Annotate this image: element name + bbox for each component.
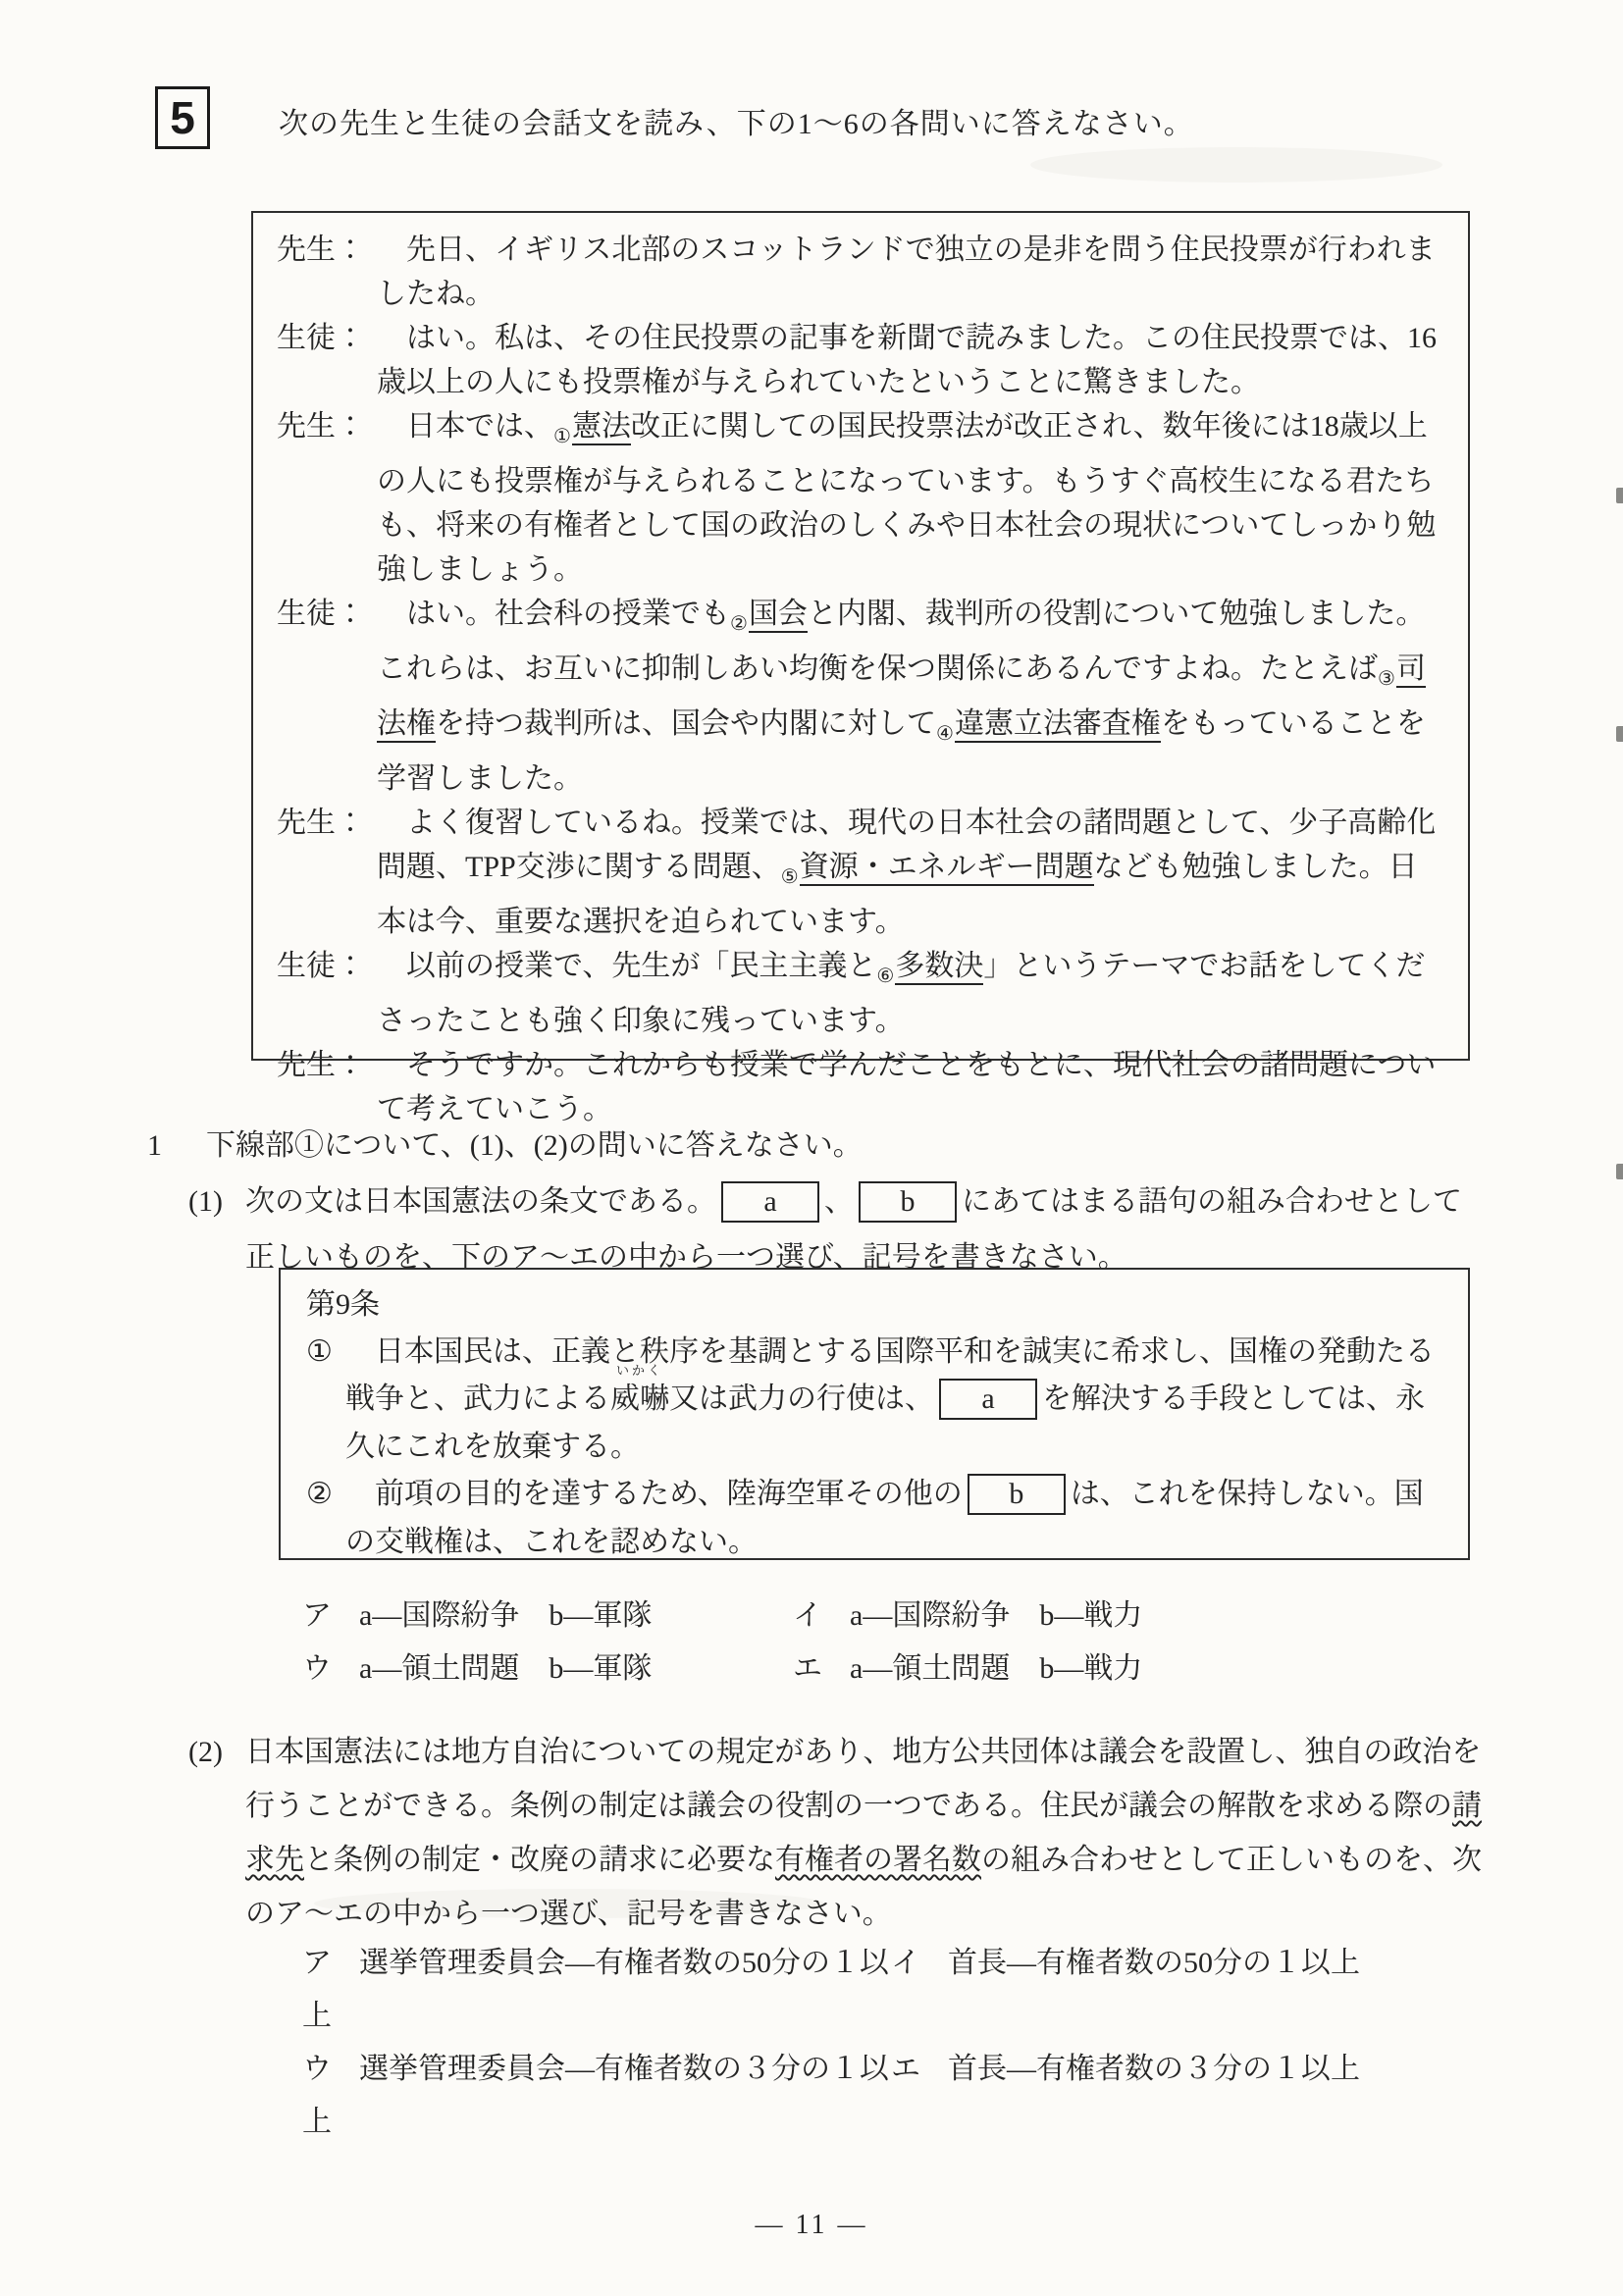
clause-text: 日本国民は、正義と秩序を基調とする国際平和を誠実に希求し、国権の発動たる戦争と、…: [345, 1329, 1442, 1471]
article-clause: ② 前項の目的を達するため、陸海空軍その他のbは、これを保持しない。国の交戦権は…: [306, 1471, 1442, 1566]
article9-title: 第9条: [306, 1281, 1442, 1329]
circled-number: ④: [936, 723, 954, 745]
speaker-label: 先生：: [277, 228, 377, 316]
speaker-label: 先生：: [277, 801, 377, 944]
question1-1-options: アa―国際紛争 b―軍隊イa―国際紛争 b―戦力ウa―領土問題 b―軍隊エa―領…: [302, 1590, 1431, 1696]
option-label: ア: [302, 1599, 332, 1632]
article9-box: 第9条 ① 日本国民は、正義と秩序を基調とする国際平和を誠実に希求し、国権の発動…: [279, 1268, 1470, 1560]
option-text: 選挙管理委員会―有権者数の３分の１以上: [302, 2053, 889, 2138]
option-item: ア選挙管理委員会―有権者数の50分の１以上: [302, 1937, 891, 2043]
text-segment: 日本国憲法には地方自治についての規定があり、地方公共団体は議会を設置し、独自の政…: [245, 1736, 1481, 1822]
option-item: ウ選挙管理委員会―有権者数の３分の１以上: [302, 2043, 891, 2149]
dialogue-turn: 先生： 日本では、①憲法改正に関しての国民投票法が改正され、数年後には18歳以上…: [277, 404, 1442, 592]
page-number: — 11 —: [0, 2210, 1623, 2241]
scan-artifact: [314, 1889, 824, 1918]
circled-number: ⑤: [781, 866, 799, 888]
speaker-label: 生徒：: [277, 592, 377, 801]
answer-blank: b: [859, 1181, 957, 1223]
section-number-box: 5: [155, 86, 210, 149]
underlined-term: 多数決: [895, 950, 983, 985]
option-item: イ首長―有権者数の50分の１以上: [891, 1937, 1480, 2043]
option-label: エ: [891, 2053, 920, 2085]
option-label: ウ: [302, 1652, 332, 1685]
scan-artifact: [1616, 1164, 1623, 1179]
option-text: 首長―有権者数の３分の１以上: [948, 2053, 1360, 2085]
answer-blank: b: [968, 1474, 1066, 1515]
text-segment: 以前の授業で、先生が「民主主義と: [377, 950, 876, 982]
text-segment: はい。社会科の授業でも: [377, 598, 730, 630]
option-item: エ首長―有権者数の３分の１以上: [891, 2043, 1480, 2149]
option-label: エ: [793, 1652, 822, 1685]
option-label: ウ: [302, 2053, 332, 2085]
section-number: 5: [170, 91, 195, 144]
dialogue-text: そうですか。これからも授業で学んだことをもとに、現代社会の諸問題について考えてい…: [377, 1043, 1442, 1131]
scan-artifact: [1616, 726, 1623, 742]
dialogue-text: はい。社会科の授業でも②国会と内閣、裁判所の役割について勉強しました。これらは、…: [377, 592, 1442, 801]
text-segment: 、: [824, 1185, 854, 1218]
option-text: a―国際紛争 b―軍隊: [359, 1599, 652, 1632]
circled-number: ①: [553, 426, 571, 447]
underlined-term: 憲法: [572, 410, 631, 445]
option-text: 首長―有権者数の50分の１以上: [948, 1947, 1360, 1979]
text-segment: 前項の目的を達するため、陸海空軍その他の: [345, 1478, 963, 1510]
text-segment: はい。私は、その住民投票の記事を新聞で読みました。この住民投票では、16歳以上の…: [377, 322, 1437, 398]
underlined-term: 資源・エネルギー問題: [800, 851, 1094, 886]
dialogue-text: よく復習しているね。授業では、現代の日本社会の諸問題として、少子高齢化問題、TP…: [377, 801, 1442, 944]
ruby-base: 威嚇: [610, 1383, 669, 1415]
question1-1-label: (1): [188, 1174, 245, 1285]
question1-number: 1: [147, 1129, 206, 1163]
speaker-label: 先生：: [277, 404, 377, 592]
question1-heading-text: 下線部①について、(1)、(2)の問いに答えなさい。: [206, 1129, 863, 1162]
clause-marker: ②: [306, 1471, 345, 1566]
dialogue-text: 先日、イギリス北部のスコットランドで独立の是非を問う住民投票が行われましたね。: [377, 228, 1442, 316]
question1-heading: 1下線部①について、(1)、(2)の問いに答えなさい。: [147, 1121, 863, 1164]
text-segment: と条例の制定・改廃の請求に必要な: [304, 1844, 775, 1876]
option-item: アa―国際紛争 b―軍隊: [302, 1590, 793, 1643]
text-segment: 日本では、: [377, 410, 553, 443]
option-text: 選挙管理委員会―有権者数の50分の１以上: [302, 1947, 889, 2032]
answer-blank: a: [721, 1181, 819, 1223]
dialogue-turn: 先生： よく復習しているね。授業では、現代の日本社会の諸問題として、少子高齢化問…: [277, 801, 1442, 944]
article-clause: ① 日本国民は、正義と秩序を基調とする国際平和を誠実に希求し、国権の発動たる戦争…: [306, 1329, 1442, 1471]
dialogue-turn: 生徒： はい。私は、その住民投票の記事を新聞で読みました。この住民投票では、16…: [277, 316, 1442, 404]
dialogue-turns: 先生： 先日、イギリス北部のスコットランドで独立の是非を問う住民投票が行われまし…: [277, 228, 1442, 1131]
option-label: ア: [302, 1947, 332, 1979]
option-label: イ: [793, 1599, 822, 1632]
answer-blank: a: [939, 1379, 1037, 1420]
option-text: a―領土問題 b―軍隊: [359, 1652, 652, 1685]
text-segment: そうですか。これからも授業で学んだことをもとに、現代社会の諸問題について考えてい…: [377, 1049, 1436, 1125]
text-segment: 先日、イギリス北部のスコットランドで独立の是非を問う住民投票が行われましたね。: [377, 234, 1436, 310]
exam-page: 5 次の先生と生徒の会話文を読み、下の1〜6の各問いに答えなさい。 先生： 先日…: [0, 0, 1623, 2296]
option-item: エa―領土問題 b―戦力: [793, 1643, 1431, 1696]
dialogue-turn: 先生： 先日、イギリス北部のスコットランドで独立の是非を問う住民投票が行われまし…: [277, 228, 1442, 316]
option-label: イ: [891, 1947, 920, 1979]
question1-2-label: (2): [188, 1725, 245, 1941]
scan-artifact: [1030, 147, 1442, 183]
speaker-label: 生徒：: [277, 316, 377, 404]
speaker-label: 生徒：: [277, 944, 377, 1043]
clause-marker: ①: [306, 1329, 345, 1471]
dialogue-turn: 先生： そうですか。これからも授業で学んだことをもとに、現代社会の諸問題について…: [277, 1043, 1442, 1131]
option-item: イa―国際紛争 b―戦力: [793, 1590, 1431, 1643]
dialogue-text: はい。私は、その住民投票の記事を新聞で読みました。この住民投票では、16歳以上の…: [377, 316, 1442, 404]
option-item: ウa―領土問題 b―軍隊: [302, 1643, 793, 1696]
question1-2-options: ア選挙管理委員会―有権者数の50分の１以上イ首長―有権者数の50分の１以上ウ選挙…: [302, 1937, 1480, 2149]
text-segment: 次の文は日本国憲法の条文である。: [245, 1185, 716, 1218]
ruby-reading: いかく: [616, 1364, 663, 1377]
scan-artifact: [1616, 488, 1623, 503]
section-instruction: 次の先生と生徒の会話文を読み、下の1〜6の各問いに答えなさい。: [279, 99, 1194, 142]
option-text: a―領土問題 b―戦力: [850, 1652, 1142, 1685]
wavy-underlined-term: 有権者の署名数: [775, 1844, 981, 1876]
dialogue-box: 先生： 先日、イギリス北部のスコットランドで独立の是非を問う住民投票が行われまし…: [251, 211, 1470, 1061]
circled-number: ②: [730, 613, 748, 635]
dialogue-text: 以前の授業で、先生が「民主主義と⑥多数決」というテーマでお話をしてくださったこと…: [377, 944, 1442, 1043]
underlined-term: 国会: [749, 598, 808, 633]
clause-text: 前項の目的を達するため、陸海空軍その他のbは、これを保持しない。国の交戦権は、こ…: [345, 1471, 1442, 1566]
speaker-label: 先生：: [277, 1043, 377, 1131]
article-clauses: ① 日本国民は、正義と秩序を基調とする国際平和を誠実に希求し、国権の発動たる戦争…: [306, 1329, 1442, 1566]
underlined-term: 違憲立法審査権: [955, 707, 1161, 743]
circled-number: ③: [1378, 668, 1395, 690]
text-segment: を持つ裁判所は、国会や内閣に対して: [436, 707, 936, 740]
option-text: a―国際紛争 b―戦力: [850, 1599, 1142, 1632]
dialogue-text: 日本では、①憲法改正に関しての国民投票法が改正され、数年後には18歳以上の人にも…: [377, 404, 1442, 592]
ruby-term: 威嚇いかく: [610, 1376, 669, 1423]
dialogue-turn: 生徒： はい。社会科の授業でも②国会と内閣、裁判所の役割について勉強しました。こ…: [277, 592, 1442, 801]
text-segment: 又は武力の行使は、: [669, 1383, 934, 1415]
dialogue-turn: 生徒： 以前の授業で、先生が「民主主義と⑥多数決」というテーマでお話をしてくださ…: [277, 944, 1442, 1043]
circled-number: ⑥: [876, 965, 894, 987]
